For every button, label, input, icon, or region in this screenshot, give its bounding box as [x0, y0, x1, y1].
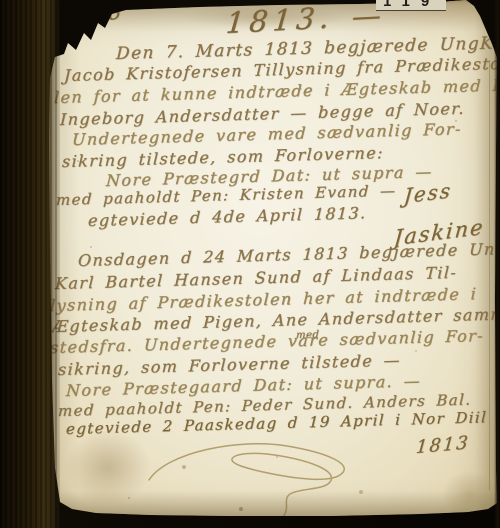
page-number: 188 [75, 0, 125, 32]
paper-stain [430, 460, 500, 528]
photo-frame: 188 1813. — Den 7. Marts 1813 begjærede … [0, 0, 500, 528]
pen-flourish [115, 430, 385, 525]
year-date: 1813 [415, 432, 470, 458]
manuscript-line: egteviede d 4de April 1813. [88, 203, 367, 230]
year-heading: 1813. — [225, 0, 388, 40]
archive-label-number: 119 [383, 0, 446, 10]
archive-label: 119 [376, 0, 446, 11]
witness-name: Jess [403, 178, 453, 208]
page-paper: 188 1813. — Den 7. Marts 1813 begjærede … [0, 0, 500, 528]
paper-specks [0, 0, 2, 2]
